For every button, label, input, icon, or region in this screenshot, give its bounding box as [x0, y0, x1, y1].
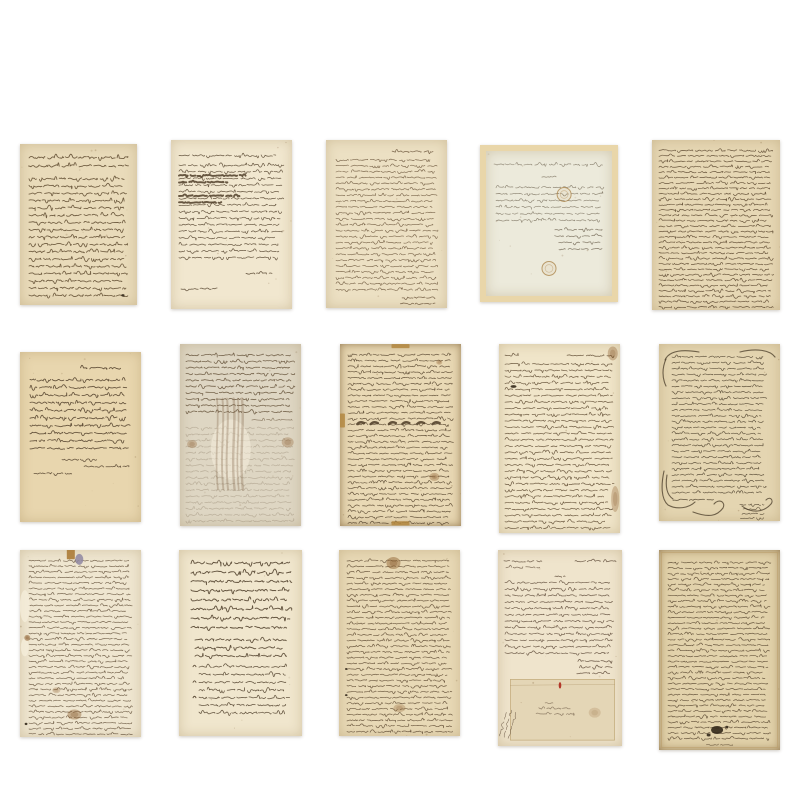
- manuscript-sealed-worn-page[interactable]: [20, 550, 141, 737]
- manuscript-philadelphia-letter[interactable]: [499, 344, 620, 533]
- document-page: [339, 550, 460, 736]
- manuscript-town-meeting-proceedings[interactable]: [20, 144, 137, 305]
- manuscript-stained-dense-page[interactable]: [339, 550, 460, 736]
- handwriting-art: [171, 140, 292, 309]
- manuscript-letter-with-address-panel[interactable]: [498, 550, 622, 746]
- handwriting-art: [326, 140, 447, 308]
- manuscript-meeting-minutes[interactable]: [179, 550, 302, 736]
- document-page: [326, 140, 447, 308]
- handwriting-art: [659, 550, 780, 750]
- handwriting-art: [340, 344, 461, 526]
- document-page: [171, 140, 292, 309]
- handwriting-art: [499, 344, 620, 533]
- document-page: [652, 140, 780, 310]
- handwriting-art: [20, 144, 137, 305]
- manuscript-taped-dense-page[interactable]: [340, 344, 461, 526]
- handwriting-art: [180, 344, 301, 526]
- document-page: [20, 352, 141, 522]
- document-page: [659, 344, 780, 521]
- document-page: [498, 550, 622, 746]
- handwriting-art: [498, 550, 622, 746]
- document-page: [499, 344, 620, 533]
- manuscript-full-page-dense[interactable]: [652, 140, 780, 310]
- handwriting-art: [652, 140, 780, 310]
- document-page: [486, 151, 612, 296]
- handwriting-art: [20, 550, 141, 737]
- handwriting-art: [179, 550, 302, 736]
- manuscript-collection: [0, 0, 800, 800]
- manuscript-reply-letter-blank-bottom[interactable]: [20, 352, 141, 522]
- document-page: [180, 344, 301, 526]
- handwriting-art: [20, 352, 141, 522]
- document-page: [179, 550, 302, 736]
- manuscript-dated-letter-dense[interactable]: [326, 140, 447, 308]
- handwriting-art: [486, 151, 612, 296]
- document-page: [20, 550, 141, 737]
- document-page: [659, 550, 780, 750]
- manuscript-flourished-resolution[interactable]: [659, 344, 780, 521]
- manuscript-letter-with-strikethroughs[interactable]: [171, 140, 292, 309]
- document-page: [20, 144, 137, 305]
- manuscript-dark-framed-page[interactable]: [659, 550, 780, 750]
- handwriting-art: [339, 550, 460, 736]
- manuscript-faded-smudged-page[interactable]: [180, 344, 301, 526]
- document-page: [340, 344, 461, 526]
- manuscript-short-letter-with-seals[interactable]: [480, 145, 618, 302]
- handwriting-art: [659, 344, 780, 521]
